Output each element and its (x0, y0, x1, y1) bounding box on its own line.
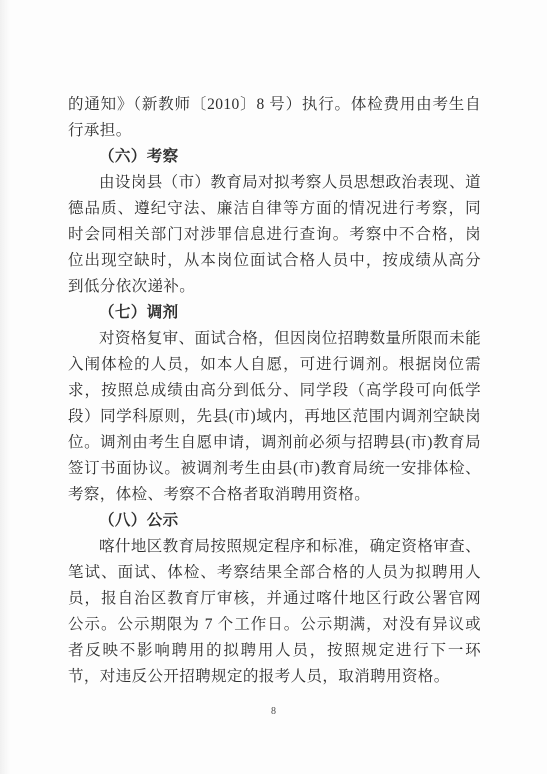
paragraph-inspection: 由设岗县（市）教育局对拟考察人员思想政治表现、道德品质、遵纪守法、廉洁自律等方面… (68, 170, 481, 300)
paragraph-continuation: 的通知》（新教师〔2010〕8 号）执行。体检费用由考生自行承担。 (68, 92, 481, 144)
paragraph-publicity: 喀什地区教育局按照规定程序和标准，确定资格审查、笔试、面试、体检、考察结果全部合… (68, 534, 481, 690)
section-heading-eight: （八）公示 (68, 508, 481, 534)
section-heading-six: （六）考察 (68, 144, 481, 170)
section-heading-seven: （七）调剂 (68, 300, 481, 326)
document-page: 的通知》（新教师〔2010〕8 号）执行。体检费用由考生自行承担。 （六）考察 … (0, 0, 547, 774)
page-number-footer: 8 (0, 706, 547, 717)
paragraph-adjustment: 对资格复审、面试合格，但因岗位招聘数量所限而未能入闱体检的人员，如本人自愿，可进… (68, 326, 481, 508)
document-body: 的通知》（新教师〔2010〕8 号）执行。体检费用由考生自行承担。 （六）考察 … (68, 92, 481, 690)
